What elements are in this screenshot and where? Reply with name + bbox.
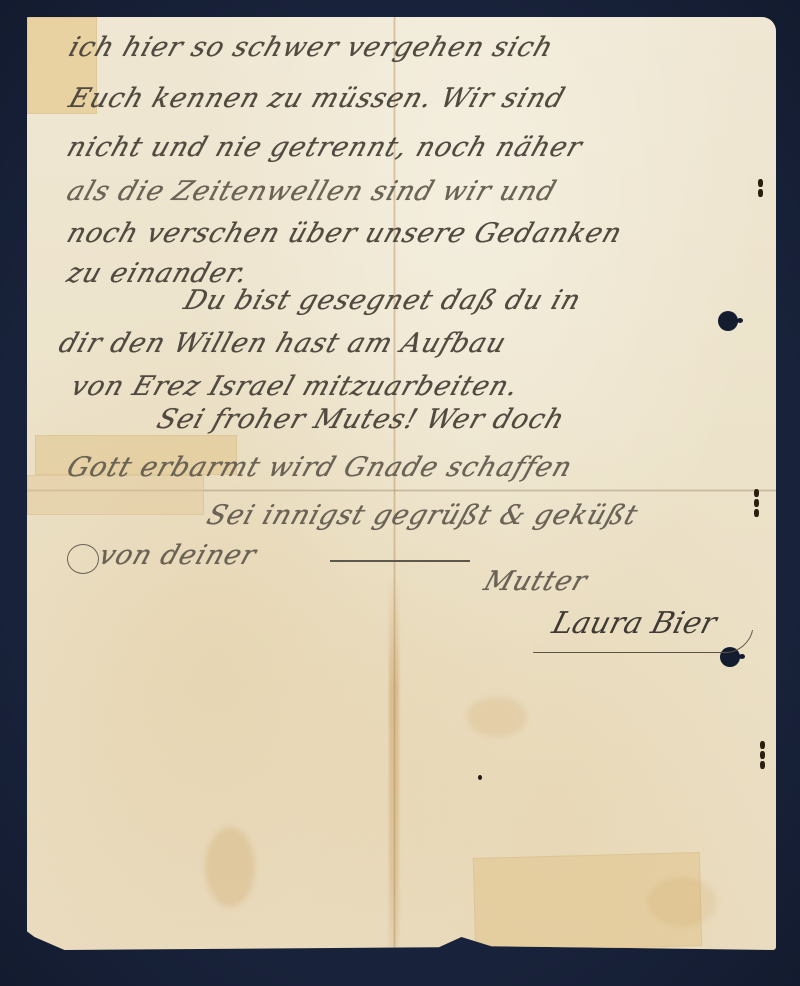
- closing-dash: [330, 560, 470, 562]
- letter-line-8: dir den Willen hast am Aufbau: [55, 328, 511, 359]
- letter-line-4: als die Zeitenwellen sind wir und: [63, 176, 561, 207]
- signature-underline-flourish: [533, 630, 753, 653]
- letter-line-2: Euch kennen zu müssen. Wir sind: [65, 83, 569, 114]
- letter-line-13: von deiner: [95, 540, 261, 571]
- letter-text: ich hier so schwer vergehen sich Euch ke…: [0, 0, 800, 986]
- letter-line-9: von Erez Israel mitzuarbeiten.: [67, 371, 523, 402]
- letter-line-10: Sei froher Mutes! Wer doch: [153, 404, 569, 435]
- letter-line-12: Sei innigst gegrüßt & geküßt: [203, 500, 642, 531]
- letter-line-14: Mutter: [480, 566, 592, 597]
- letter-line-7: Du bist gesegnet daß du in: [180, 285, 585, 316]
- letter-line-1: ich hier so schwer vergehen sich: [65, 32, 558, 63]
- letter-line-11: Gott erbarmt wird Gnade schaffen: [63, 452, 577, 483]
- letter-line-3: nicht und nie getrennt, noch näher: [63, 132, 587, 163]
- letter-line-5: noch verschen über unsere Gedanken: [63, 218, 627, 249]
